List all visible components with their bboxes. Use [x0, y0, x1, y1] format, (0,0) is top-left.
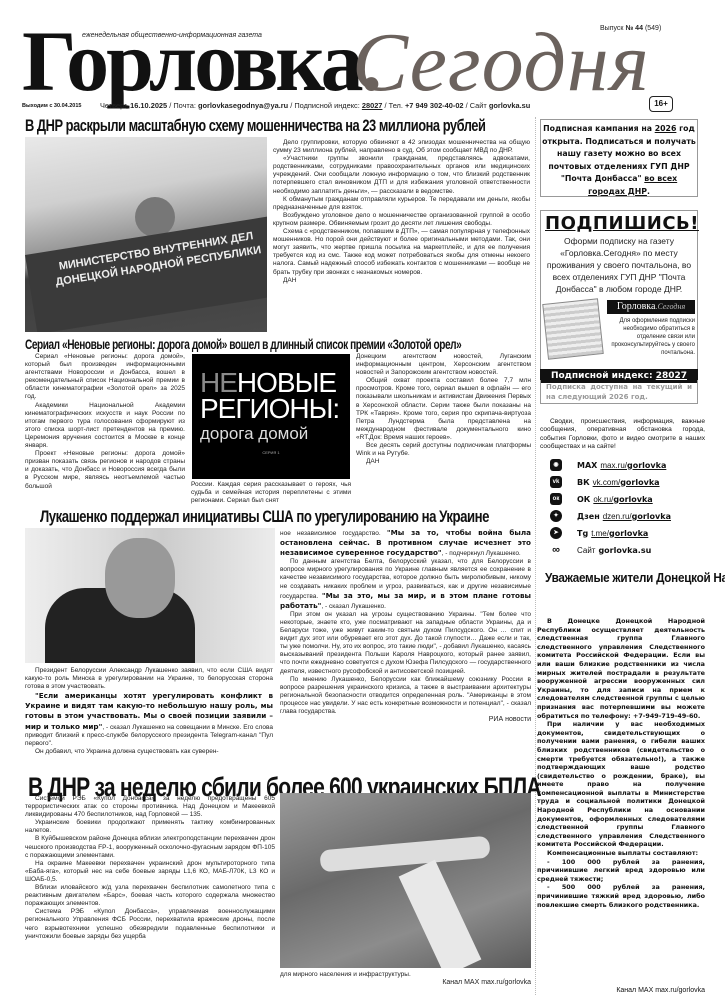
mini-logo-script: .Сегодня	[655, 302, 685, 311]
url-prefix: vk.com/	[593, 478, 621, 487]
vk-icon: vk	[550, 476, 562, 488]
site-url[interactable]: gorlovka.su	[598, 546, 651, 555]
social-url[interactable]: ok.ru/gorlovka	[593, 495, 652, 504]
social-link-site[interactable]: ∞Сайтgorlovka.su	[550, 542, 710, 558]
social-link-ok[interactable]: окОКok.ru/gorlovka	[550, 491, 710, 507]
article-4-col-2: для мирного населения и инфраструктуры. …	[280, 971, 531, 987]
paragraph: Компенсационные выплаты составляют:	[537, 849, 705, 858]
paragraph: В Донецке Донецкой Народной Республики о…	[537, 617, 705, 720]
subscription-availability: Подписка доступна на текущий и на следую…	[540, 380, 698, 404]
url-handle: gorlovka	[613, 495, 652, 504]
social-name: Tg	[577, 529, 588, 538]
article-2-col-1: Сериал «Неновые регионы: дорога домой», …	[25, 353, 185, 491]
url-prefix: t.me/	[591, 529, 609, 538]
issue-value: № 44	[625, 25, 643, 32]
url-handle: gorlovka	[609, 529, 648, 538]
issue-label: Выпуск	[600, 25, 623, 32]
poster-subtitle: дорога домой	[200, 424, 342, 444]
poster-series: СЕРИЯ 1	[200, 450, 342, 455]
article-2-col-3: Донецким агентством новостей, Луганским …	[356, 353, 531, 466]
social-link-dzen[interactable]: ✦Дзенdzen.ru/gorlovka	[550, 508, 710, 524]
paragraph-start: ное независимое государство.	[280, 530, 387, 537]
social-url[interactable]: t.me/gorlovka	[591, 529, 648, 538]
paragraph: Дело группировки, которую обвиняют в 42 …	[273, 139, 530, 155]
paragraph: - 500 000 рублей за ранения, причинившие…	[537, 883, 705, 909]
mini-logo-main: Горловка	[617, 301, 656, 312]
masthead-title-main: Горловка	[22, 13, 361, 109]
series-poster: НЕНОВЫЕРЕГИОНЫ: дорога домой СЕРИЯ 1	[192, 354, 350, 479]
email-label: / Почта:	[169, 101, 196, 110]
url-handle: gorlovka	[627, 461, 666, 470]
paragraph: Он добавил, что Украина должна существов…	[25, 748, 273, 756]
campaign-end: .	[647, 187, 650, 196]
article-4-col-1: Системой РЭБ «Купол Донбасса» за неделю …	[25, 795, 275, 941]
article-source: ДАН	[356, 458, 531, 466]
ok-icon: ок	[550, 493, 562, 505]
drone-wing	[399, 860, 482, 968]
paragraph: При наличии у вас необходимых документов…	[537, 720, 705, 849]
newspaper-stack-image	[542, 298, 604, 360]
paragraph: Украинские боевики продолжают применять …	[25, 819, 275, 835]
social-url[interactable]: vk.com/gorlovka	[593, 478, 660, 487]
telegram-icon: ➤	[550, 527, 562, 539]
social-name: Дзен	[577, 512, 600, 521]
max-icon: ◉	[550, 459, 562, 471]
social-name: ВК	[577, 478, 590, 487]
masthead-title: Горловка.	[22, 18, 379, 104]
article-3-col-1: Президент Белоруссии Александр Лукашенко…	[25, 667, 273, 756]
social-name: ОК	[577, 495, 590, 504]
index-label: / Подписной индекс:	[290, 101, 360, 110]
article-source: РИА новости	[280, 716, 531, 724]
url-prefix: dzen.ru/	[603, 512, 632, 521]
article-2-headline: Сериал «Неновые регионы: дорога домой» в…	[25, 336, 461, 352]
site-link[interactable]: gorlovka.su	[489, 101, 530, 110]
article-source: Канал MAX max.ru/gorlovka	[280, 979, 531, 987]
appeal-title: Уважаемые жители Донецкой Народной Респу…	[545, 571, 694, 585]
subscribe-text: Оформи подписку на газету «Горловка.Сего…	[545, 235, 693, 295]
social-link-max[interactable]: ◉MAXmax.ru/gorlovka	[550, 457, 710, 473]
social-name: MAX	[577, 461, 597, 470]
paragraph: По мнению Лукашенко, Белоруссии как ближ…	[280, 676, 531, 716]
article-3-col-2: ное независимое государство. "Мы за то, …	[280, 528, 531, 724]
age-rating-badge: 16+	[649, 96, 673, 112]
paragraph-tail: , - подчеркнул Лукашенко.	[442, 550, 521, 557]
drone-photo	[280, 793, 531, 968]
subscription-index: 28027	[362, 101, 383, 110]
social-intro: Сводки, происшествия, информация, важные…	[540, 418, 705, 451]
paragraph: При этом он указал на угрозы существован…	[280, 611, 531, 676]
url-prefix: ok.ru/	[593, 495, 613, 504]
issue-date: 16.10.2025	[130, 101, 167, 110]
site-label: / Сайт	[466, 101, 487, 110]
masthead-title-script: Сегодня	[352, 20, 650, 106]
paragraph: Академики Национальной Академии кинемато…	[25, 402, 185, 451]
issue-total: (549)	[645, 25, 661, 32]
appeal-source: Канал MAX max.ru/gorlovka	[537, 987, 705, 994]
campaign-year: 2026	[655, 124, 677, 133]
article-2-col-2: России. Каждая серия рассказывает о геро…	[191, 481, 351, 505]
poster-line-2: РЕГИОНЫ:	[200, 393, 339, 424]
paragraph: Проект «Неновые регионы: дорога домой» п…	[25, 450, 185, 490]
paragraph: «Участники группы звонили гражданам, пре…	[273, 155, 530, 195]
link-icon: ∞	[550, 544, 562, 556]
subscribe-box: ПОДПИШИСЬ! Оформи подписку на газету «Го…	[540, 210, 698, 380]
email-link[interactable]: gorlovkasegodnya@ya.ru	[198, 101, 288, 110]
column-divider	[535, 117, 536, 995]
mini-logo: Горловка.Сегодня	[607, 300, 695, 314]
weekday: Четверг,	[100, 101, 128, 110]
paragraph: Президент Белоруссии Александр Лукашенко…	[25, 667, 273, 691]
paragraph: Система РЭБ «Купол Донбасса», управляема…	[25, 908, 275, 940]
article-1-body: Дело группировки, которую обвиняют в 42 …	[273, 139, 530, 285]
phone-label: / Тел.	[384, 101, 402, 110]
poster-title: НЕНОВЫЕРЕГИОНЫ:	[200, 370, 342, 422]
article-3-photo	[25, 528, 275, 663]
paragraph: Схема с «родственником, попавшим в ДТП»,…	[273, 228, 530, 277]
article-1-photo: МИНИСТЕРСТВО ВНУТРЕННИХ ДЕЛ ДОНЕЦКОЙ НАР…	[25, 137, 267, 332]
paragraph: - 100 000 рублей за ранения, причинившие…	[537, 858, 705, 884]
drone-body	[319, 836, 490, 873]
social-name: Сайт	[577, 546, 595, 555]
campaign-text: Подписная кампания на	[543, 124, 655, 133]
subscription-campaign-box: Подписная кампания на 2026 год открыта. …	[540, 119, 698, 197]
article-3-headline: Лукашенко поддержал инициативы США по ур…	[40, 508, 489, 527]
article-1-headline: В ДНР раскрыли масштабную схему мошеннич…	[25, 117, 485, 136]
emblem-icon	[135, 197, 175, 237]
paragraph: Вблизи иловайского ж/д узла перехвачен б…	[25, 884, 275, 908]
paragraph: К обманутым гражданам отправляли курьеро…	[273, 196, 530, 212]
url-handle: gorlovka	[632, 512, 671, 521]
dzen-icon: ✦	[550, 510, 562, 522]
phone-number: +7 949 302-40-02	[405, 101, 464, 110]
social-url[interactable]: dzen.ru/gorlovka	[603, 512, 671, 521]
url-prefix: max.ru/	[600, 461, 627, 470]
article-source: ДАН	[273, 277, 530, 285]
photo-head	[105, 538, 175, 618]
info-bar: Четверг, 16.10.2025 / Почта: gorlovkaseg…	[100, 101, 530, 110]
url-handle: gorlovka	[620, 478, 659, 487]
since-date: Выходим с 30.04.2015	[22, 103, 81, 109]
social-link-vk[interactable]: vkВКvk.com/gorlovka	[550, 474, 710, 490]
paragraph: Общий охват проекта составил более 7,7 м…	[356, 377, 531, 442]
paragraph-tail: , - сказал Лукашенко.	[321, 603, 386, 610]
subscribe-instructions: Для оформления подписки необходимо обрат…	[607, 317, 695, 357]
paragraph: Донецким агентством новостей, Луганским …	[356, 353, 531, 377]
subscribe-title: ПОДПИШИСЬ!	[545, 213, 693, 235]
paragraph: Сериал «Неновые регионы: дорога домой», …	[25, 353, 185, 402]
paragraph: России. Каждая серия рассказывает о геро…	[191, 481, 351, 505]
paragraph: В Куйбышевском районе Донецка вблизи эле…	[25, 835, 275, 859]
paragraph: Все десять серий доступны подписчикам пл…	[356, 442, 531, 458]
social-link-telegram[interactable]: ➤Tgt.me/gorlovka	[550, 525, 710, 541]
paragraph: для мирного населения и инфраструктуры.	[280, 971, 531, 979]
paragraph: Системой РЭБ «Купол Донбасса» за неделю …	[25, 795, 275, 819]
social-url[interactable]: max.ru/gorlovka	[600, 461, 666, 470]
paragraph: Возбуждено уголовное дело о мошенничеств…	[273, 212, 530, 228]
paragraph: На окраине Макеевки перехвачен украински…	[25, 860, 275, 884]
appeal-body: В Донецке Донецкой Народной Республики о…	[537, 617, 705, 909]
issue-number: Выпуск № 44 (549)	[600, 25, 661, 32]
